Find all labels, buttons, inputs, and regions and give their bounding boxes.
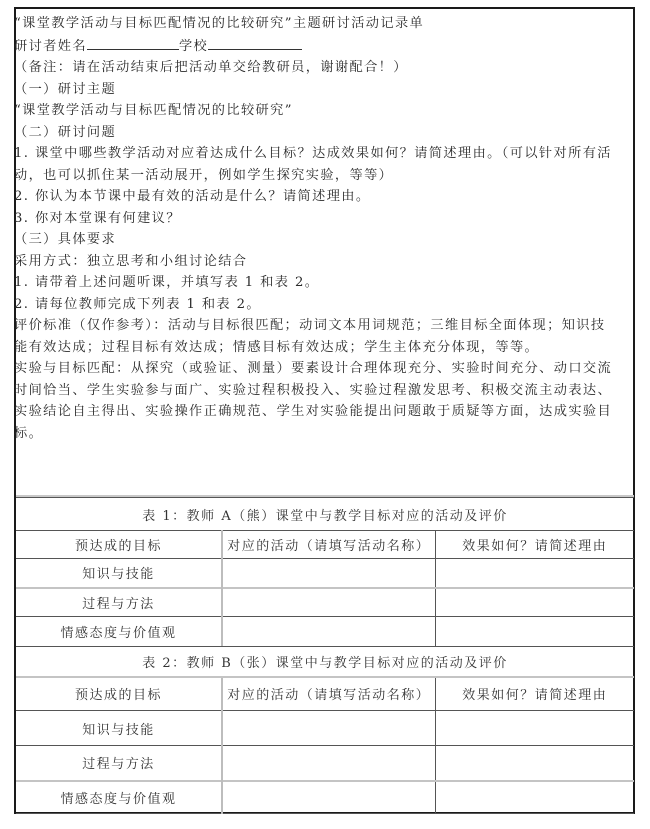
table2-header-effect: 效果如何？请简述理由: [435, 677, 634, 711]
researcher-info-line: 研讨者姓名学校: [14, 35, 614, 58]
table2-effect-cell[interactable]: [435, 781, 634, 814]
table2-activity-cell[interactable]: [222, 746, 435, 781]
table1-goal-cell: 知识与技能: [16, 559, 222, 588]
section1-heading: （一）研讨主题: [14, 79, 614, 101]
table2-activity-cell[interactable]: [222, 781, 435, 814]
evaluation-table-2: 表 2：教师 B（张）课堂中与教学目标对应的活动及评价 预达成的目标 对应的活动…: [16, 646, 634, 814]
researcher-name-label: 研讨者姓名: [14, 39, 87, 54]
table1-effect-cell[interactable]: [435, 559, 634, 588]
question-1: 1. 课堂中哪些教学活动对应着达成什么目标？达成效果如何？请简述理由。（可以针对…: [14, 143, 614, 186]
table-row: 过程与方法: [16, 746, 634, 781]
document-title: “课堂教学活动与目标匹配情况的比较研究”主题研讨活动记录单: [14, 13, 614, 35]
table1-header-activity: 对应的活动（请填写活动名称）: [222, 531, 435, 559]
question-3: 3. 你对本堂课有何建议？: [14, 208, 614, 230]
table1-header-goal: 预达成的目标: [16, 531, 222, 559]
table-row: 情感态度与价值观: [16, 617, 634, 647]
question-2: 2. 你认为本节课中最有效的活动是什么？请简述理由。: [14, 186, 614, 208]
table-row: 情感态度与价值观: [16, 781, 634, 814]
submission-note: （备注：请在活动结束后把活动单交给教研员，谢谢配合！）: [14, 57, 614, 79]
section3-heading: （三）具体要求: [14, 229, 614, 251]
evaluation-criteria: 评价标准（仅作参考）：活动与目标很匹配；动词文本用词规范；三维目标全面体现；知识…: [14, 315, 614, 358]
table-row: 知识与技能: [16, 559, 634, 588]
table1-activity-cell[interactable]: [222, 617, 435, 647]
researcher-name-field[interactable]: [87, 35, 179, 50]
table1-header-effect: 效果如何？请简述理由: [435, 531, 634, 559]
table2-activity-cell[interactable]: [222, 711, 435, 746]
table2-goal-cell: 过程与方法: [16, 746, 222, 781]
requirement-2: 2. 请每位教师完成下列表 1 和表 2。: [14, 294, 614, 316]
requirement-1: 1. 请带着上述问题听课，并填写表 1 和表 2。: [14, 272, 614, 294]
experiment-criteria: 实验与目标匹配：从探究（或验证、测量）要素设计合理体现充分、实验时间充分、动口交…: [14, 358, 614, 444]
section1-content: “课堂教学活动与目标匹配情况的比较研究”: [14, 100, 614, 122]
table2-header-goal: 预达成的目标: [16, 677, 222, 711]
table-row: 知识与技能: [16, 711, 634, 746]
table2-caption: 表 2：教师 B（张）课堂中与教学目标对应的活动及评价: [16, 647, 634, 677]
table1-activity-cell[interactable]: [222, 588, 435, 617]
table1-effect-cell[interactable]: [435, 588, 634, 617]
table1-activity-cell[interactable]: [222, 559, 435, 588]
school-label: 学校: [179, 39, 208, 54]
table1-effect-cell[interactable]: [435, 617, 634, 647]
table2-effect-cell[interactable]: [435, 711, 634, 746]
evaluation-table-1: 表 1：教师 A（熊）课堂中与教学目标对应的活动及评价 预达成的目标 对应的活动…: [16, 497, 634, 647]
table2-effect-cell[interactable]: [435, 746, 634, 781]
table-row: 过程与方法: [16, 588, 634, 617]
table2-goal-cell: 知识与技能: [16, 711, 222, 746]
table2-header-activity: 对应的活动（请填写活动名称）: [222, 677, 435, 711]
document-body: “课堂教学活动与目标匹配情况的比较研究”主题研讨活动记录单 研讨者姓名学校 （备…: [14, 13, 614, 444]
method-text: 采用方式：独立思考和小组讨论结合: [14, 251, 614, 273]
table1-goal-cell: 情感态度与价值观: [16, 617, 222, 647]
section2-heading: （二）研讨问题: [14, 122, 614, 144]
school-field[interactable]: [208, 35, 302, 50]
table1-goal-cell: 过程与方法: [16, 588, 222, 617]
table1-caption: 表 1：教师 A（熊）课堂中与教学目标对应的活动及评价: [16, 498, 634, 531]
table2-goal-cell: 情感态度与价值观: [16, 781, 222, 814]
